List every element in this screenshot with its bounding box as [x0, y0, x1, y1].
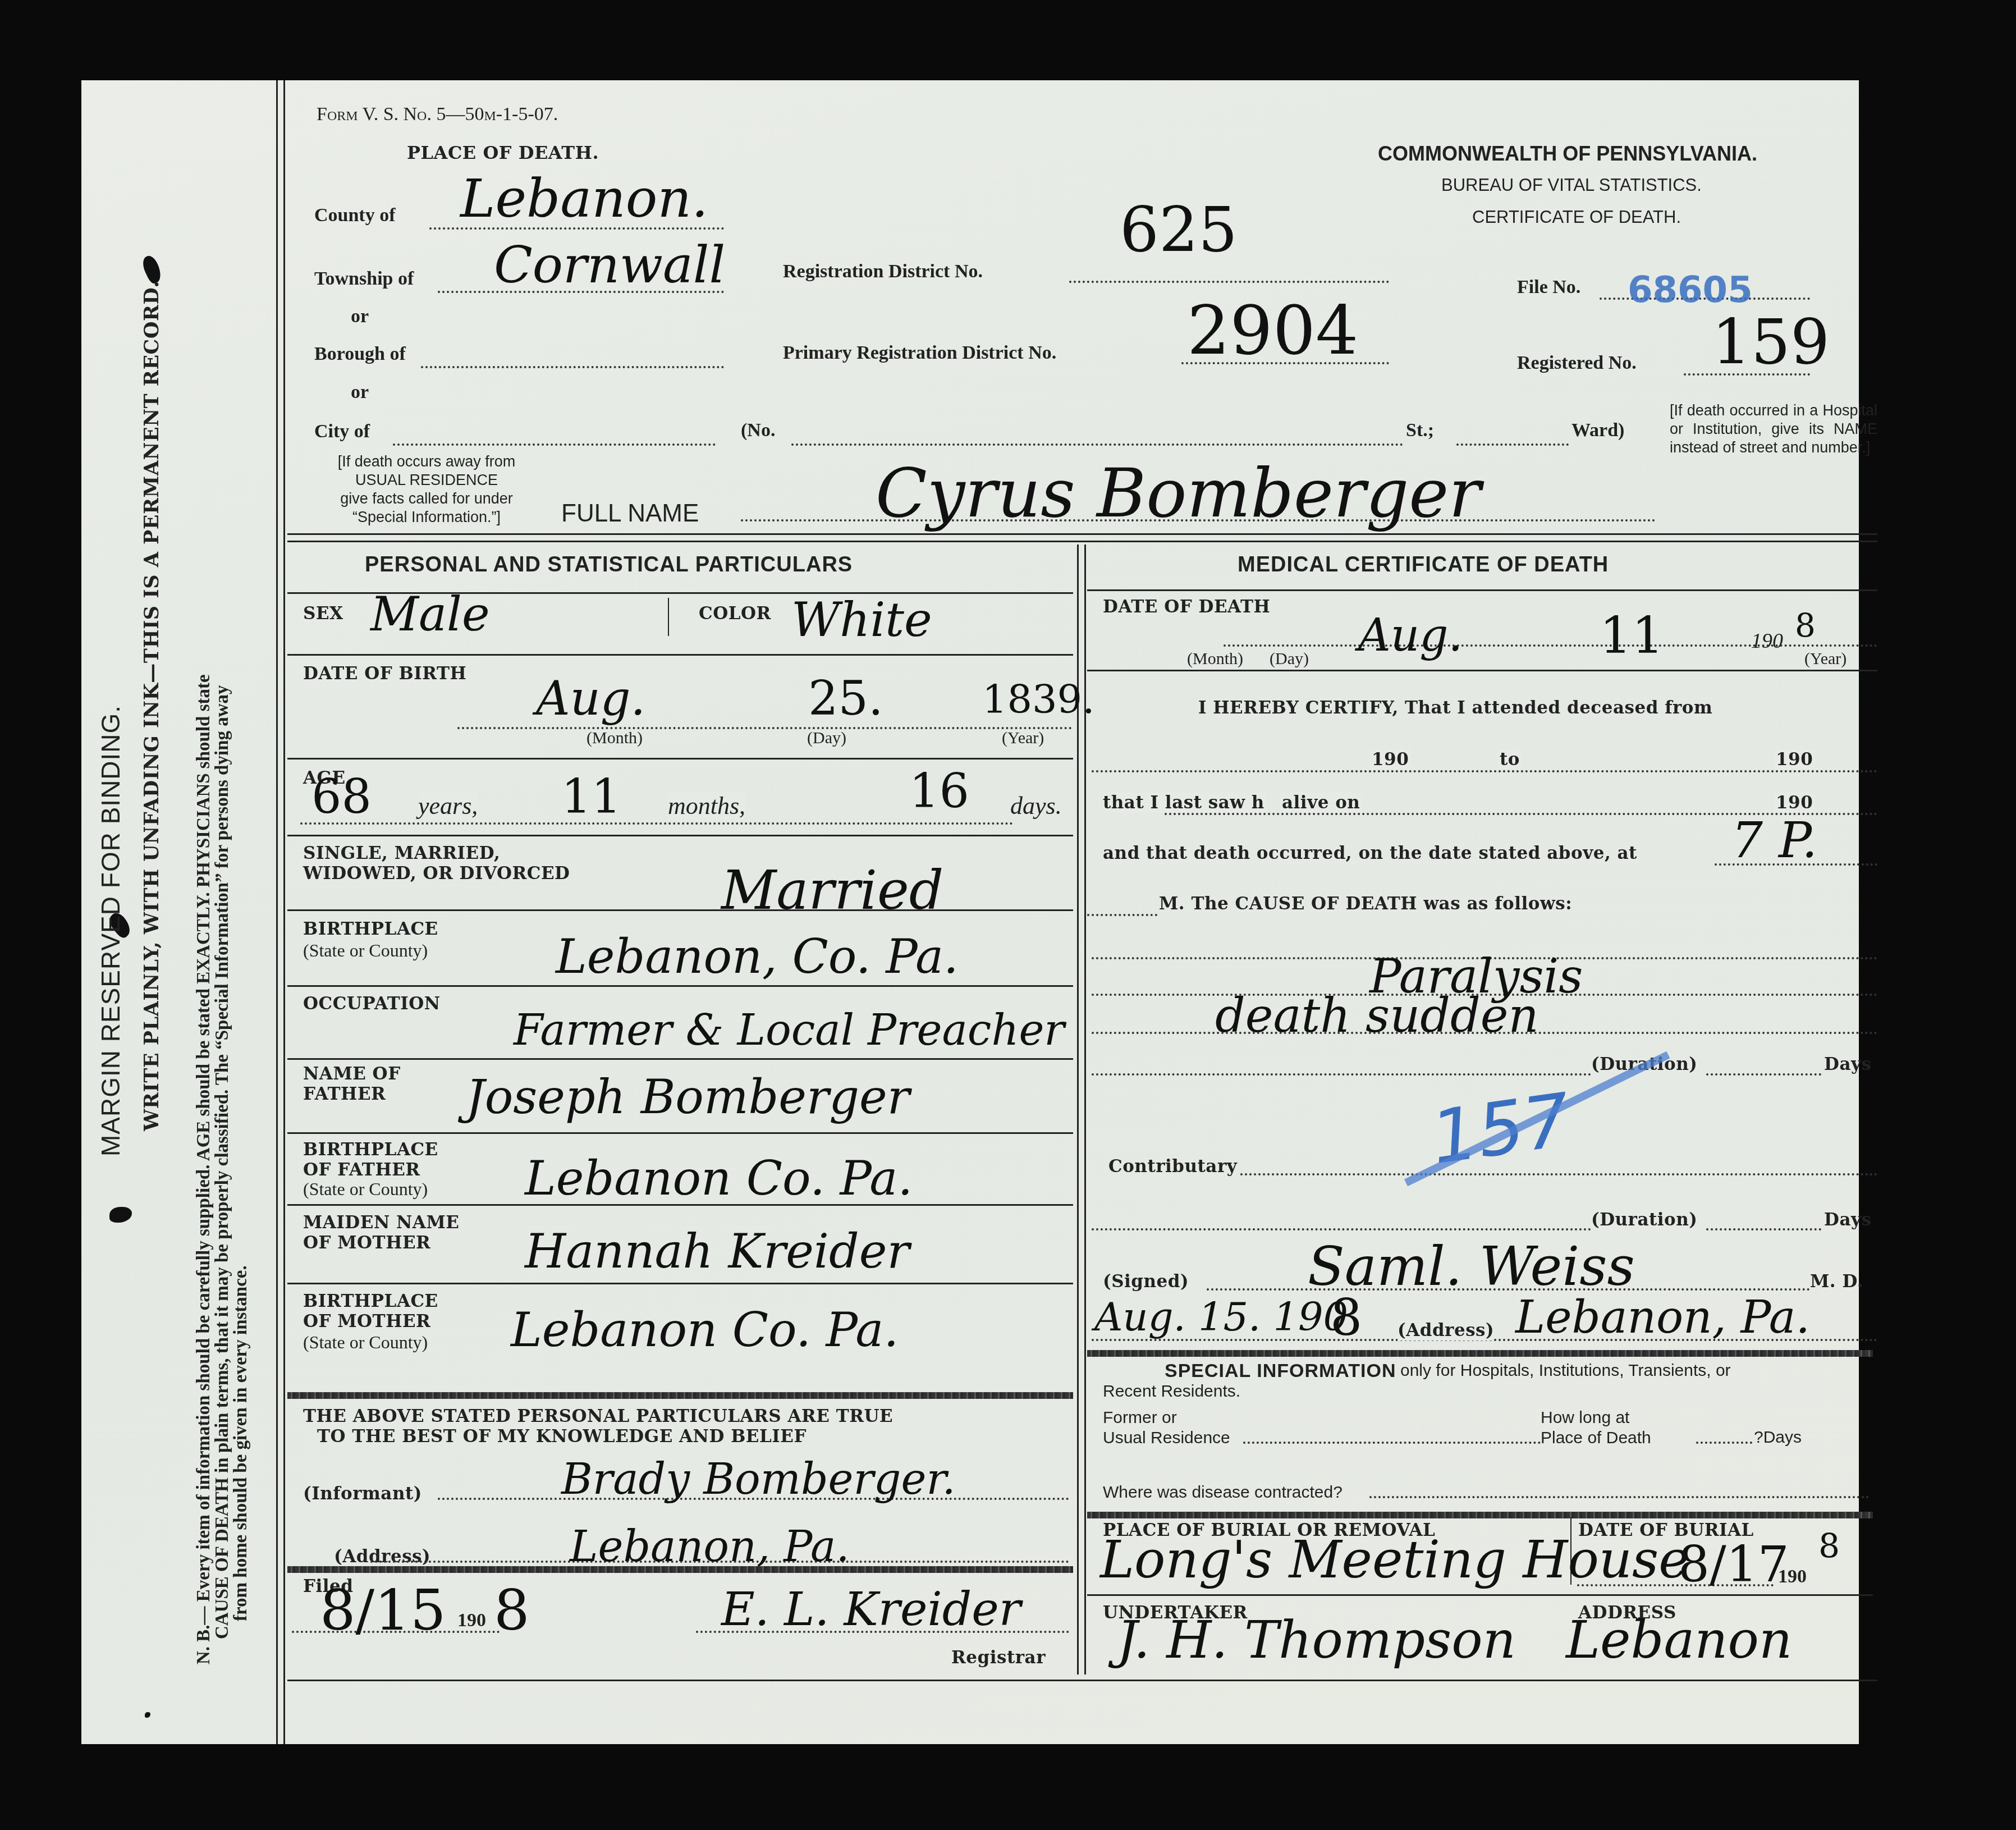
- city-line: [393, 443, 716, 446]
- or-label: or: [351, 382, 369, 403]
- row-divider: [1087, 1594, 1873, 1596]
- city-label: City of: [314, 421, 370, 442]
- section-divider: [287, 541, 1877, 542]
- mother-maiden-name-label: MAIDEN NAME OF MOTHER: [303, 1213, 459, 1253]
- date-of-birth-label: DATE OF BIRTH: [303, 664, 466, 684]
- state-or-county-caption: (State or County): [303, 940, 428, 961]
- nb-instruction-line-1: N. B.— Every item of information should …: [194, 674, 214, 1664]
- section-thick-rule: [287, 1566, 1073, 1573]
- row-divider: [287, 654, 1073, 656]
- physician-address-field[interactable]: Lebanon, Pa.: [1515, 1291, 1810, 1343]
- death-occurred-text: and that death occurred, on the date sta…: [1103, 843, 1637, 863]
- cause-of-death-field-2[interactable]: death sudden: [1215, 988, 1539, 1043]
- ward-line: [1456, 443, 1569, 446]
- sex-color-divider: [668, 598, 669, 636]
- special-information-title: SPECIAL INFORMATION: [1165, 1360, 1396, 1382]
- residence-note-line: USUAL RESIDENCE: [311, 471, 542, 489]
- marital-label-line: SINGLE, MARRIED,: [303, 843, 570, 863]
- age-years-field[interactable]: 68: [311, 769, 372, 824]
- md-label: M. D.: [1810, 1271, 1863, 1292]
- days-label-2: Days: [1824, 1210, 1871, 1230]
- sex-field[interactable]: Male: [370, 587, 490, 642]
- borough-label: Borough of: [314, 344, 406, 365]
- informant-address-label: (Address): [334, 1547, 430, 1567]
- day-caption: (Day): [1270, 649, 1309, 669]
- marital-label-line: WIDOWED, OR DIVORCED: [303, 863, 570, 884]
- age-days-field[interactable]: 16: [909, 763, 969, 818]
- duration-days-line: [1706, 1073, 1821, 1076]
- mother-birthplace-label-line: BIRTHPLACE: [303, 1291, 438, 1311]
- where-contracted-line: [1369, 1496, 1869, 1498]
- attestation-text: THE ABOVE STATED PERSONAL PARTICULARS AR…: [303, 1406, 893, 1447]
- usual-residence-line: [1243, 1442, 1541, 1444]
- how-long-label: How long at Place of Death: [1541, 1408, 1651, 1448]
- certify-text: I HEREBY CERTIFY, That I attended deceas…: [1198, 698, 1712, 718]
- personal-section-title: PERSONAL AND STATISTICAL PARTICULARS: [365, 553, 853, 577]
- place-of-burial-field[interactable]: Long's Meeting House: [1100, 1530, 1689, 1590]
- signed-date-field[interactable]: Aug. 15. 190: [1094, 1294, 1348, 1340]
- how-long-label-line: Place of Death: [1541, 1428, 1651, 1448]
- how-long-days: ?Days: [1754, 1428, 1802, 1447]
- alive-on-year: 190: [1774, 793, 1815, 813]
- primary-registration-district-label: Primary Registration District No.: [783, 342, 1056, 364]
- county-label: County of: [314, 205, 396, 226]
- or-label: or: [351, 306, 369, 327]
- recent-residents-text: Recent Residents.: [1103, 1382, 1240, 1401]
- special-information-scope: only for Hospitals, Institutions, Transi…: [1400, 1361, 1731, 1380]
- undertaker-field[interactable]: J. H. Thompson: [1117, 1610, 1516, 1670]
- usual-residence-label-line: Usual Residence: [1103, 1428, 1230, 1448]
- attestation-line: TO THE BEST OF MY KNOWLEDGE AND BELIEF: [303, 1426, 893, 1447]
- row-divider: [287, 1283, 1073, 1284]
- attended-line: [1092, 770, 1877, 772]
- signed-label: (Signed): [1103, 1271, 1189, 1292]
- residence-note-line: “Special Information.”]: [311, 508, 542, 527]
- month-caption: (Month): [1187, 649, 1243, 669]
- age-days-label: days.: [1010, 792, 1062, 820]
- father-birthplace-label-line: BIRTHPLACE: [303, 1140, 438, 1160]
- residence-note-line: give facts called for under: [311, 489, 542, 508]
- registration-district-field[interactable]: 625: [1120, 194, 1238, 266]
- filed-year-field[interactable]: 8: [494, 1577, 530, 1643]
- mother-birthplace-field[interactable]: Lebanon Co. Pa.: [511, 1302, 899, 1357]
- father-name-label: NAME OF FATHER: [303, 1064, 401, 1104]
- date-of-death-label: DATE OF DEATH: [1103, 597, 1270, 617]
- age-months-field[interactable]: 11: [561, 769, 621, 824]
- state-or-county-caption: (State or County): [303, 1332, 428, 1353]
- age-years-label: years,: [418, 792, 478, 820]
- street-number-label: (No.: [741, 420, 775, 441]
- row-divider: [287, 985, 1073, 987]
- color-label: COLOR: [699, 603, 771, 624]
- dob-line: [457, 727, 1072, 729]
- registrar-signature[interactable]: E. L. Kreider: [721, 1583, 1021, 1636]
- place-of-death-title: PLACE OF DEATH.: [407, 142, 599, 163]
- form-number: Form V. S. No. 5—50m-1-5-07.: [317, 104, 558, 125]
- hospital-note: [If death occurred in a Hospital or Inst…: [1670, 401, 1877, 457]
- residence-note-line: [If death occurs away from: [311, 452, 542, 471]
- father-name-field[interactable]: Joseph Bomberger: [466, 1069, 910, 1124]
- cause-of-death-label: M. The CAUSE OF DEATH was as follows:: [1159, 894, 1572, 914]
- attended-from-year: 190: [1369, 749, 1411, 770]
- usual-residence-label: Former or Usual Residence: [1103, 1408, 1230, 1448]
- dod-month-field[interactable]: Aug.: [1358, 609, 1463, 661]
- row-divider: [287, 1058, 1073, 1060]
- row-divider: [287, 1132, 1073, 1134]
- row-divider: [1087, 589, 1877, 591]
- binding-rule: [283, 80, 285, 1744]
- residence-note: [If death occurs away from USUAL RESIDEN…: [311, 452, 542, 527]
- filed-year-prefix: 190: [457, 1610, 486, 1631]
- township-field[interactable]: Cornwall: [494, 236, 725, 295]
- how-long-label-line: How long at: [1541, 1408, 1651, 1428]
- ink-instruction: WRITE PLAINLY, WITH UNFADING INK—THIS IS…: [140, 281, 163, 1131]
- contributory-days-line: [1706, 1228, 1821, 1230]
- section-divider: [287, 533, 1877, 535]
- burial-date-field[interactable]: 8/17: [1678, 1535, 1789, 1593]
- file-number-stamp[interactable]: 68605: [1628, 269, 1753, 311]
- row-divider: [287, 1204, 1073, 1206]
- row-divider: [287, 758, 1073, 760]
- birthplace-label: BIRTHPLACE: [303, 919, 438, 939]
- alive-on-text: alive on: [1280, 793, 1362, 813]
- dod-year-field[interactable]: 8: [1795, 606, 1816, 644]
- dob-day-field[interactable]: 25.: [808, 671, 883, 726]
- informant-label: (Informant): [303, 1484, 422, 1504]
- bureau-title: BUREAU OF VITAL STATISTICS.: [1441, 175, 1702, 195]
- street-label: St.;: [1406, 420, 1434, 441]
- marital-status-label: SINGLE, MARRIED, WIDOWED, OR DIVORCED: [303, 843, 570, 884]
- attestation-line: THE ABOVE STATED PERSONAL PARTICULARS AR…: [303, 1406, 893, 1426]
- borough-line: [421, 366, 724, 368]
- time-of-death-field[interactable]: 7 P.: [1731, 811, 1817, 869]
- mother-birthplace-label-line: OF MOTHER: [303, 1311, 438, 1332]
- row-divider: [1087, 670, 1877, 671]
- days-label: Days: [1824, 1054, 1871, 1074]
- birthplace-field[interactable]: Lebanon, Co. Pa.: [556, 929, 959, 984]
- full-name-field[interactable]: Cyrus Bomberger: [876, 455, 1481, 533]
- street-line: [791, 443, 1403, 446]
- registration-district-line: [1069, 281, 1389, 283]
- mother-label-line: OF MOTHER: [303, 1233, 459, 1253]
- day-caption: (Day): [807, 729, 846, 748]
- informant-address-field[interactable]: Lebanon, Pa.: [570, 1521, 850, 1571]
- physician-address-label: (Address): [1398, 1320, 1494, 1341]
- binding-rule: [276, 80, 278, 1744]
- registrar-label: Registrar: [951, 1648, 1046, 1668]
- mother-label-line: MAIDEN NAME: [303, 1213, 459, 1233]
- binding-margin-note: MARGIN RESERVED FOR BINDING.: [95, 705, 126, 1156]
- burial-year-field[interactable]: 8: [1818, 1527, 1840, 1566]
- full-name-label: FULL NAME: [561, 500, 699, 528]
- township-label: Township of: [314, 268, 414, 290]
- marital-status-field[interactable]: Married: [721, 859, 943, 922]
- duration-line: [1092, 1073, 1591, 1076]
- contributory-label: Contributary: [1108, 1156, 1237, 1177]
- burial-year-prefix: 190: [1778, 1566, 1807, 1587]
- state-or-county-caption: (State or County): [303, 1179, 428, 1200]
- filed-date-field[interactable]: 8/15: [320, 1577, 446, 1643]
- registered-number-label: Registered No.: [1517, 353, 1637, 374]
- sex-label: SEX: [303, 603, 343, 624]
- certificate-title: CERTIFICATE OF DEATH.: [1472, 207, 1681, 227]
- county-field[interactable]: Lebanon.: [460, 168, 708, 230]
- signed-year-field[interactable]: 8: [1330, 1288, 1362, 1347]
- section-thick-rule: [1087, 1512, 1873, 1518]
- dod-day-field[interactable]: 11: [1600, 606, 1664, 665]
- father-birthplace-label: BIRTHPLACE OF FATHER: [303, 1140, 438, 1180]
- father-birthplace-label-line: OF FATHER: [303, 1160, 438, 1180]
- to-label: to: [1497, 749, 1522, 770]
- usual-residence-label-line: Former or: [1103, 1408, 1230, 1428]
- ward-label: Ward): [1571, 420, 1624, 441]
- undertaker-address-field[interactable]: Lebanon: [1566, 1610, 1792, 1670]
- father-label-line: NAME OF: [303, 1064, 401, 1084]
- month-caption: (Month): [587, 729, 643, 748]
- bottom-rule: [287, 1680, 1877, 1681]
- commonwealth-title: COMMONWEALTH OF PENNSYLVANIA.: [1378, 142, 1757, 166]
- how-long-line: [1696, 1442, 1752, 1444]
- am-pm-line: [1087, 914, 1157, 916]
- file-number-label: File No.: [1517, 277, 1580, 298]
- year-caption: (Year): [1804, 649, 1847, 669]
- section-thick-rule: [287, 1392, 1073, 1399]
- dob-month-field[interactable]: Aug.: [536, 671, 645, 726]
- color-field[interactable]: White: [791, 592, 932, 647]
- nb-instruction-line-3: from home should be given in every insta…: [231, 1265, 251, 1621]
- father-birthplace-field[interactable]: Lebanon Co. Pa.: [525, 1151, 913, 1206]
- primary-registration-district-field[interactable]: 2904: [1187, 292, 1358, 370]
- age-months-label: months,: [668, 792, 745, 820]
- section-thick-rule: [1087, 1350, 1873, 1357]
- occupation-label: OCCUPATION: [303, 994, 441, 1014]
- year-caption: (Year): [1002, 729, 1044, 748]
- dod-year-prefix: 190: [1751, 629, 1783, 653]
- father-label-line: FATHER: [303, 1084, 401, 1104]
- dob-year-field[interactable]: 1839.: [982, 676, 1094, 722]
- mother-maiden-name-field[interactable]: Hannah Kreider: [525, 1224, 910, 1279]
- row-divider: [287, 835, 1073, 836]
- occupation-field[interactable]: Farmer & Local Preacher: [514, 1005, 1065, 1055]
- contributory-line: [1240, 1173, 1877, 1175]
- registration-district-label: Registration District No.: [783, 261, 983, 282]
- attended-to-year: 190: [1774, 749, 1815, 770]
- last-saw-text: that I last saw h: [1103, 793, 1267, 813]
- registered-number-field[interactable]: 159: [1712, 306, 1830, 378]
- medical-section-title: MEDICAL CERTIFICATE OF DEATH: [1238, 553, 1609, 577]
- mother-birthplace-label: BIRTHPLACE OF MOTHER: [303, 1291, 438, 1332]
- age-line: [300, 822, 1013, 825]
- contributory-duration-line: [1092, 1228, 1591, 1230]
- duration-label-2: (Duration): [1591, 1210, 1698, 1230]
- where-contracted-label: Where was disease contracted?: [1103, 1483, 1343, 1502]
- informant-field[interactable]: Brady Bomberger.: [561, 1454, 956, 1504]
- row-divider: [287, 909, 1073, 911]
- nb-instruction-line-2: CAUSE OF DEATH in plain terms, that it m…: [212, 685, 233, 1639]
